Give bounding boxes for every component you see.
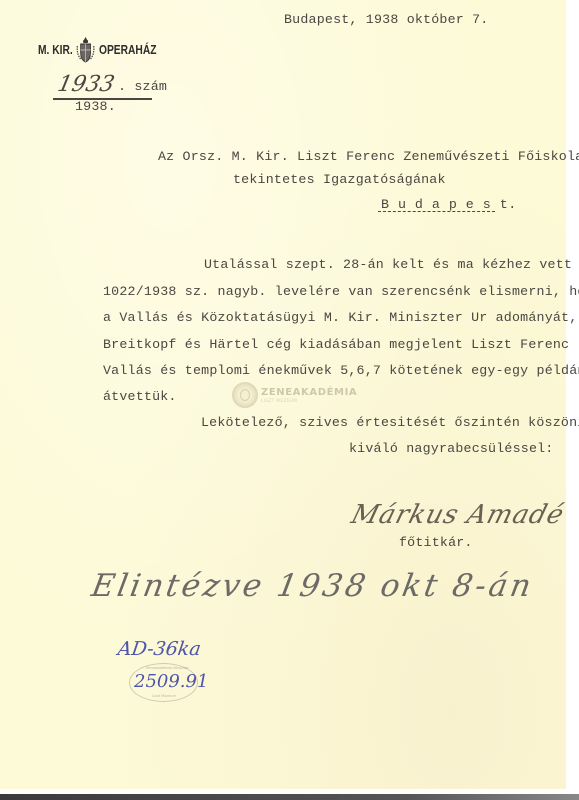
body-line: Vallás és templomi énekművek 5,6,7 kötet… [103,363,579,378]
letter-paper: M. KIR. OPERAHÁZ 1933 . szám 1938. Budap… [0,0,566,789]
letterhead-right: OPERAHÁZ [99,43,157,57]
dateline: Budapest, 1938 október 7. [284,12,489,27]
addressee-line-1: Az Orsz. M. Kir. Liszt Ferenc Zeneművész… [158,149,579,164]
stamp-arc-top: Zeneakadémia Könyvtár [146,666,189,670]
letterhead-left: M. KIR. [38,43,73,57]
archive-code: AD-36ka [116,638,202,660]
handwritten-processed-note: Elintézve 1938 okt 8-án [89,568,537,604]
archive-number: 2509.91 [134,671,208,692]
zeneakademia-watermark: ZENEAKADÉMIA LISZT MÚZEUM [232,382,357,408]
closing-line-1: Lekötelező, szives értesitését őszintén … [201,415,579,430]
watermark-sub: LISZT MÚZEUM [261,398,357,403]
reference-year: 1938. [75,99,116,114]
stamp-arc-bottom: Liszt Múzeum [152,694,176,698]
handwritten-signature: Márkus Amadé [348,500,568,530]
body-line: a Vallás és Közoktatásügyi M. Kir. Minis… [103,310,579,325]
watermark-name: ZENEAKADÉMIA [261,388,357,398]
seal-icon [232,382,258,408]
scan-edge [0,794,579,800]
body-line: Utalással szept. 28-án kelt és ma kézhez… [204,257,572,272]
city-underline [378,211,495,212]
body-line: 1022/1938 sz. nagyb. levelére van szeren… [103,284,579,299]
letterhead: M. KIR. OPERAHÁZ [38,36,157,64]
signature-title: főtitkár. [399,535,473,550]
addressee-city: B u d a p e s t. [381,197,517,212]
body-line: átvettük. [103,389,177,404]
crest-icon [76,36,96,64]
reference-number-handwritten: 1933 [55,72,116,97]
addressee-line-2: tekintetes Igazgatóságának [233,172,446,187]
reference-label: . szám [118,79,167,94]
body-line: Breitkopf és Härtel cég kiadásában megje… [103,337,569,352]
closing-line-2: kiváló nagyrabecsüléssel: [349,441,554,456]
